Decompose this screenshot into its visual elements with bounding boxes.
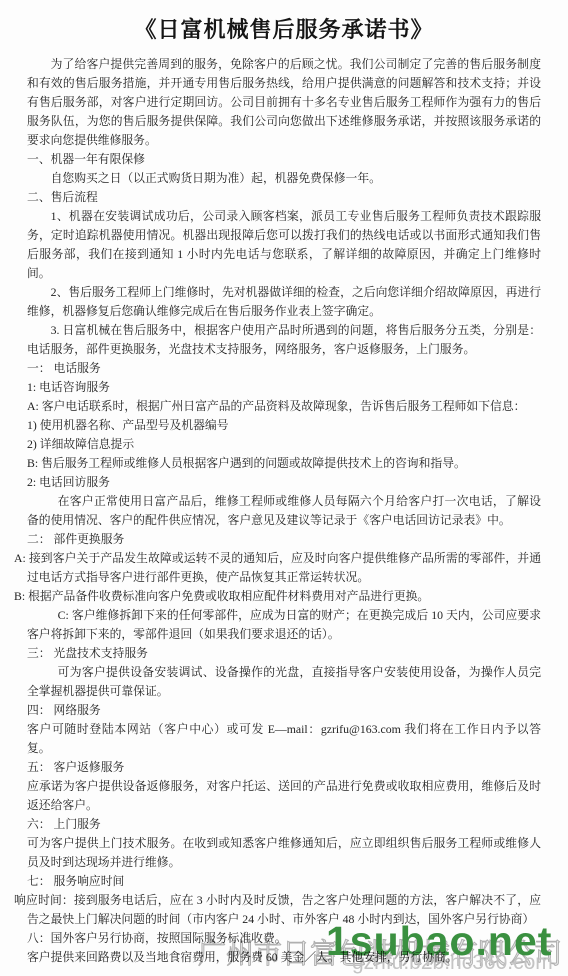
doc-paragraph: 1、机器在安装调试成功后，公司录入顾客档案，派员工专业售后服务工程师负责技术跟踪… (27, 207, 541, 283)
doc-paragraph: 三： 光盘技术支持服务 (27, 644, 541, 663)
doc-paragraph: 二： 部件更换服务 (27, 530, 541, 549)
doc-paragraph: 五： 客户返修服务 (27, 758, 541, 777)
doc-paragraph: C: 客户维修拆卸下来的任何零部件，应成为日富的财产；在更换完成后 10 天内，… (27, 606, 541, 644)
doc-paragraph: 四： 网络服务 (27, 701, 541, 720)
doc-paragraph: 客户提供来回路费以及当地食宿费用，服务费 60 美金／人。其他安排，另行协商。 (27, 948, 541, 967)
doc-paragraph: 一、机器一年有限保修 (27, 150, 541, 169)
doc-paragraph: 1) 使用机器名称、产品型号及机器编号 (27, 416, 541, 435)
doc-paragraph: 应承诺为客户提供设备返修服务，对客户托运、送回的产品进行免费或收取相应费用，维修… (27, 777, 541, 815)
doc-paragraph: A: 客户电话联系时，根据广州日富产品的产品资料及故障现象，告诉售后服务工程师如… (27, 397, 541, 416)
doc-paragraph: 六： 上门服务 (27, 815, 541, 834)
doc-paragraph: 一： 电话服务 (27, 359, 541, 378)
document-page: 《日富机械售后服务承诺书》 为了给客户提供完善周到的服务，免除客户的后顾之忧。我… (0, 0, 568, 976)
doc-paragraph: 为了给客户提供完善周到的服务，免除客户的后顾之忧。我们公司制定了完善的售后服务制… (27, 55, 541, 150)
doc-paragraph: 在客户正常使用日富产品后，维修工程师或维修人员每隔六个月给客户打一次电话，了解设… (27, 492, 541, 530)
doc-paragraph: 客户可随时登陆本网站（客户中心）或可发 E—mail：gzrifu@163.co… (27, 720, 541, 758)
doc-paragraph: 2) 详细故障信息提示 (27, 435, 541, 454)
doc-paragraph: 2: 电话回访服务 (27, 473, 541, 492)
doc-paragraph: 可为客户提供上门技术服务。在收到或知悉客户维修通知后，应立即组织售后服务工程师或… (27, 834, 541, 872)
document-body: 为了给客户提供完善周到的服务，免除客户的后顾之忧。我们公司制定了完善的售后服务制… (0, 44, 568, 967)
doc-paragraph: 七： 服务响应时间 (27, 872, 541, 891)
doc-paragraph: 3. 日富机械在售后服务中，根据客户使用产品时所遇到的问题，将售后服务分五类，分… (27, 321, 541, 359)
doc-paragraph: B: 售后服务工程师或维修人员根据客户遇到的问题或故障提供技术上的咨询和指导。 (27, 454, 541, 473)
doc-paragraph: B: 根据产品备件收费标准向客户免费或收取相应配件材料费用对产品进行更换。 (27, 587, 541, 606)
doc-paragraph: 2、售后服务工程师上门维修时，先对机器做详细的检查，之后向您详细介绍故障原因，再… (27, 283, 541, 321)
doc-paragraph: 八：国外客户另行协商，按照国际服务标准收费。 (27, 929, 541, 948)
doc-paragraph: 二、售后流程 (27, 188, 541, 207)
doc-paragraph: 自您购买之日（以正式购货日期为准）起，机器免费保修一年。 (27, 169, 541, 188)
doc-paragraph: 响应时间：接到服务电话后，应在 3 小时内及时反馈，告之客户处理问题的方法，客户… (27, 891, 541, 929)
doc-paragraph: 可为客户提供设备安装调试、设备操作的光盘，直接指导客户安装使用设备，为操作人员完… (27, 663, 541, 701)
doc-paragraph: 1: 电话咨询服务 (27, 378, 541, 397)
document-title: 《日富机械售后服务承诺书》 (0, 0, 568, 44)
doc-paragraph: A: 接到客户关于产品发生故障或运转不灵的通知后，应及时向客户提供维修产品所需的… (27, 549, 541, 587)
